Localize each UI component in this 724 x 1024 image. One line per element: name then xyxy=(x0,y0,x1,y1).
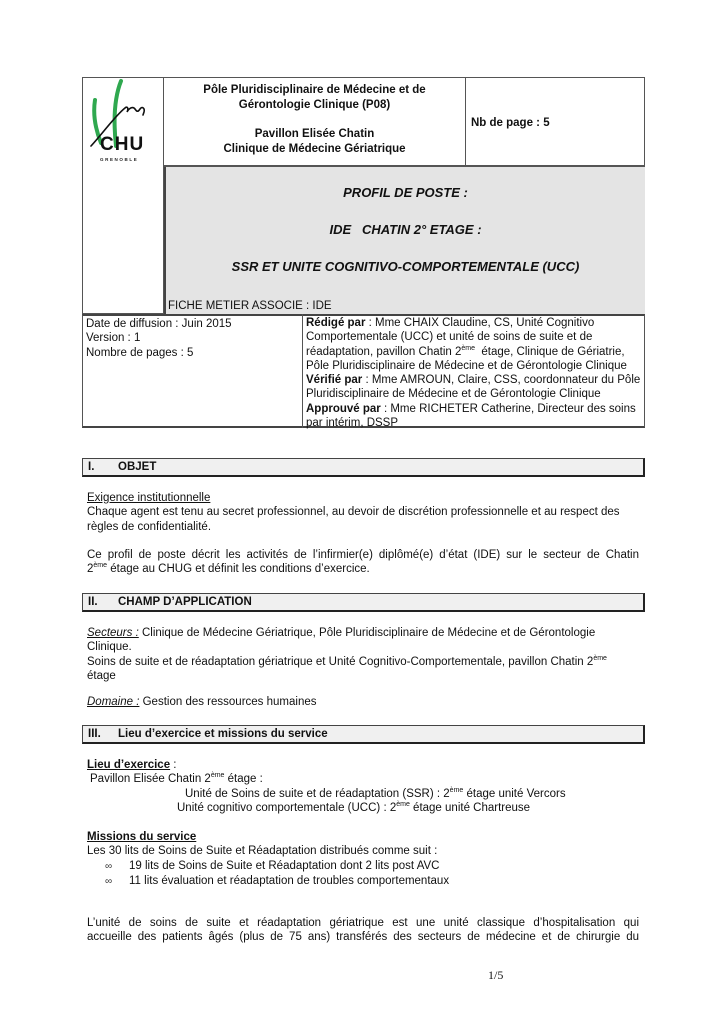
objet-p2-line1: Ce profil de poste décrit les activités … xyxy=(87,548,639,562)
list-item: ∞19 lits de Soins de Suite et Réadaptati… xyxy=(105,859,449,874)
champ-content: Secteurs : Clinique de Médecine Gériatri… xyxy=(87,626,639,709)
missions-intro: Les 30 lits de Soins de Suite et Réadapt… xyxy=(87,844,639,858)
logo-cell: CHU GRENOBLE xyxy=(82,77,164,314)
title-ssr: SSR ET UNITE COGNITIVO-COMPORTEMENTALE (… xyxy=(166,259,645,274)
infinity-bullet-icon: ∞ xyxy=(105,874,129,889)
title-profil: PROFIL DE POSTE : xyxy=(166,185,645,200)
redige-par: Rédigé par : Mme CHAIX Claudine, CS, Uni… xyxy=(306,316,646,373)
infinity-bullet-icon: ∞ xyxy=(105,859,129,874)
verifie-par: Vérifié par : Mme AMROUN, Claire, CSS, c… xyxy=(306,373,646,402)
info-divider xyxy=(302,314,303,428)
date-diffusion: Date de diffusion : Juin 2015 xyxy=(86,317,232,331)
pole-cell: Pôle Pluridisciplinaire de Médecine et d… xyxy=(164,77,466,167)
title-ide: IDE CHATIN 2° ETAGE : xyxy=(166,222,645,237)
page-number: 1/5 xyxy=(488,968,503,983)
info-right: Rédigé par : Mme CHAIX Claudine, CS, Uni… xyxy=(306,316,646,430)
pole-line2: Gérontologie Clinique (P08) xyxy=(164,98,465,113)
title-cell: PROFIL DE POSTE : IDE CHATIN 2° ETAGE : … xyxy=(164,167,645,314)
logo-subtext: GRENOBLE xyxy=(100,157,138,162)
section-champ-heading: II. CHAMP D’APPLICATION xyxy=(82,593,645,612)
nb-pages-cell: Nb de page : 5 xyxy=(466,77,645,167)
list-item: ∞11 lits évaluation et réadaptation de t… xyxy=(105,874,449,889)
objet-p1: Chaque agent est tenu au secret professi… xyxy=(87,505,639,534)
section-lieu-heading: III. Lieu d’exercice et missions du serv… xyxy=(82,725,645,744)
missions-heading: Missions du service xyxy=(87,830,639,844)
pole-line1: Pôle Pluridisciplinaire de Médecine et d… xyxy=(164,83,465,98)
missions-para-line1: L’unité de soins de suite et réadaptatio… xyxy=(87,916,639,930)
objet-content: Exigence institutionnelle Chaque agent e… xyxy=(87,491,639,576)
fiche-metier: FICHE METIER ASSOCIE : IDE xyxy=(168,300,332,312)
lieu-heading: Lieu d’exercice : xyxy=(87,758,639,772)
objet-p2-line2: 2ème étage au CHUG et définit les condit… xyxy=(87,562,639,576)
section-objet-heading: I. OBJET xyxy=(82,458,645,477)
lieu-ucc: Unité cognitivo comportementale (UCC) : … xyxy=(87,801,639,815)
missions-content: Missions du service Les 30 lits de Soins… xyxy=(87,830,639,859)
version: Version : 1 xyxy=(86,331,232,345)
exigence-heading: Exigence institutionnelle xyxy=(87,491,639,505)
approuve-par: Approuvé par : Mme RICHETER Catherine, D… xyxy=(306,402,646,431)
lieu-pavillon: Pavillon Elisée Chatin 2ème étage : xyxy=(87,772,639,786)
lieu-content: Lieu d’exercice : Pavillon Elisée Chatin… xyxy=(87,758,639,815)
soins-line: Soins de suite et de réadaptation gériat… xyxy=(87,655,639,669)
missions-list: ∞19 lits de Soins de Suite et Réadaptati… xyxy=(105,859,449,889)
nb-pages: Nb de page : 5 xyxy=(471,117,550,129)
missions-para-line2: accueille des patients âgés (plus de 75 … xyxy=(87,930,639,944)
nombre-pages: Nombre de pages : 5 xyxy=(86,346,232,360)
pavillon-line1: Pavillon Elisée Chatin xyxy=(164,127,465,142)
lieu-ssr: Unité de Soins de suite et de réadaptati… xyxy=(87,787,639,801)
pavillon-line2: Clinique de Médecine Gériatrique xyxy=(164,142,465,157)
missions-paragraph: L’unité de soins de suite et réadaptatio… xyxy=(87,916,639,945)
logo-text: CHU xyxy=(100,134,144,156)
info-left: Date de diffusion : Juin 2015 Version : … xyxy=(86,317,232,360)
soins-line2: étage xyxy=(87,669,639,683)
secteurs: Secteurs : Clinique de Médecine Gériatri… xyxy=(87,626,639,655)
domaine: Domaine : Gestion des ressources humaine… xyxy=(87,695,639,709)
